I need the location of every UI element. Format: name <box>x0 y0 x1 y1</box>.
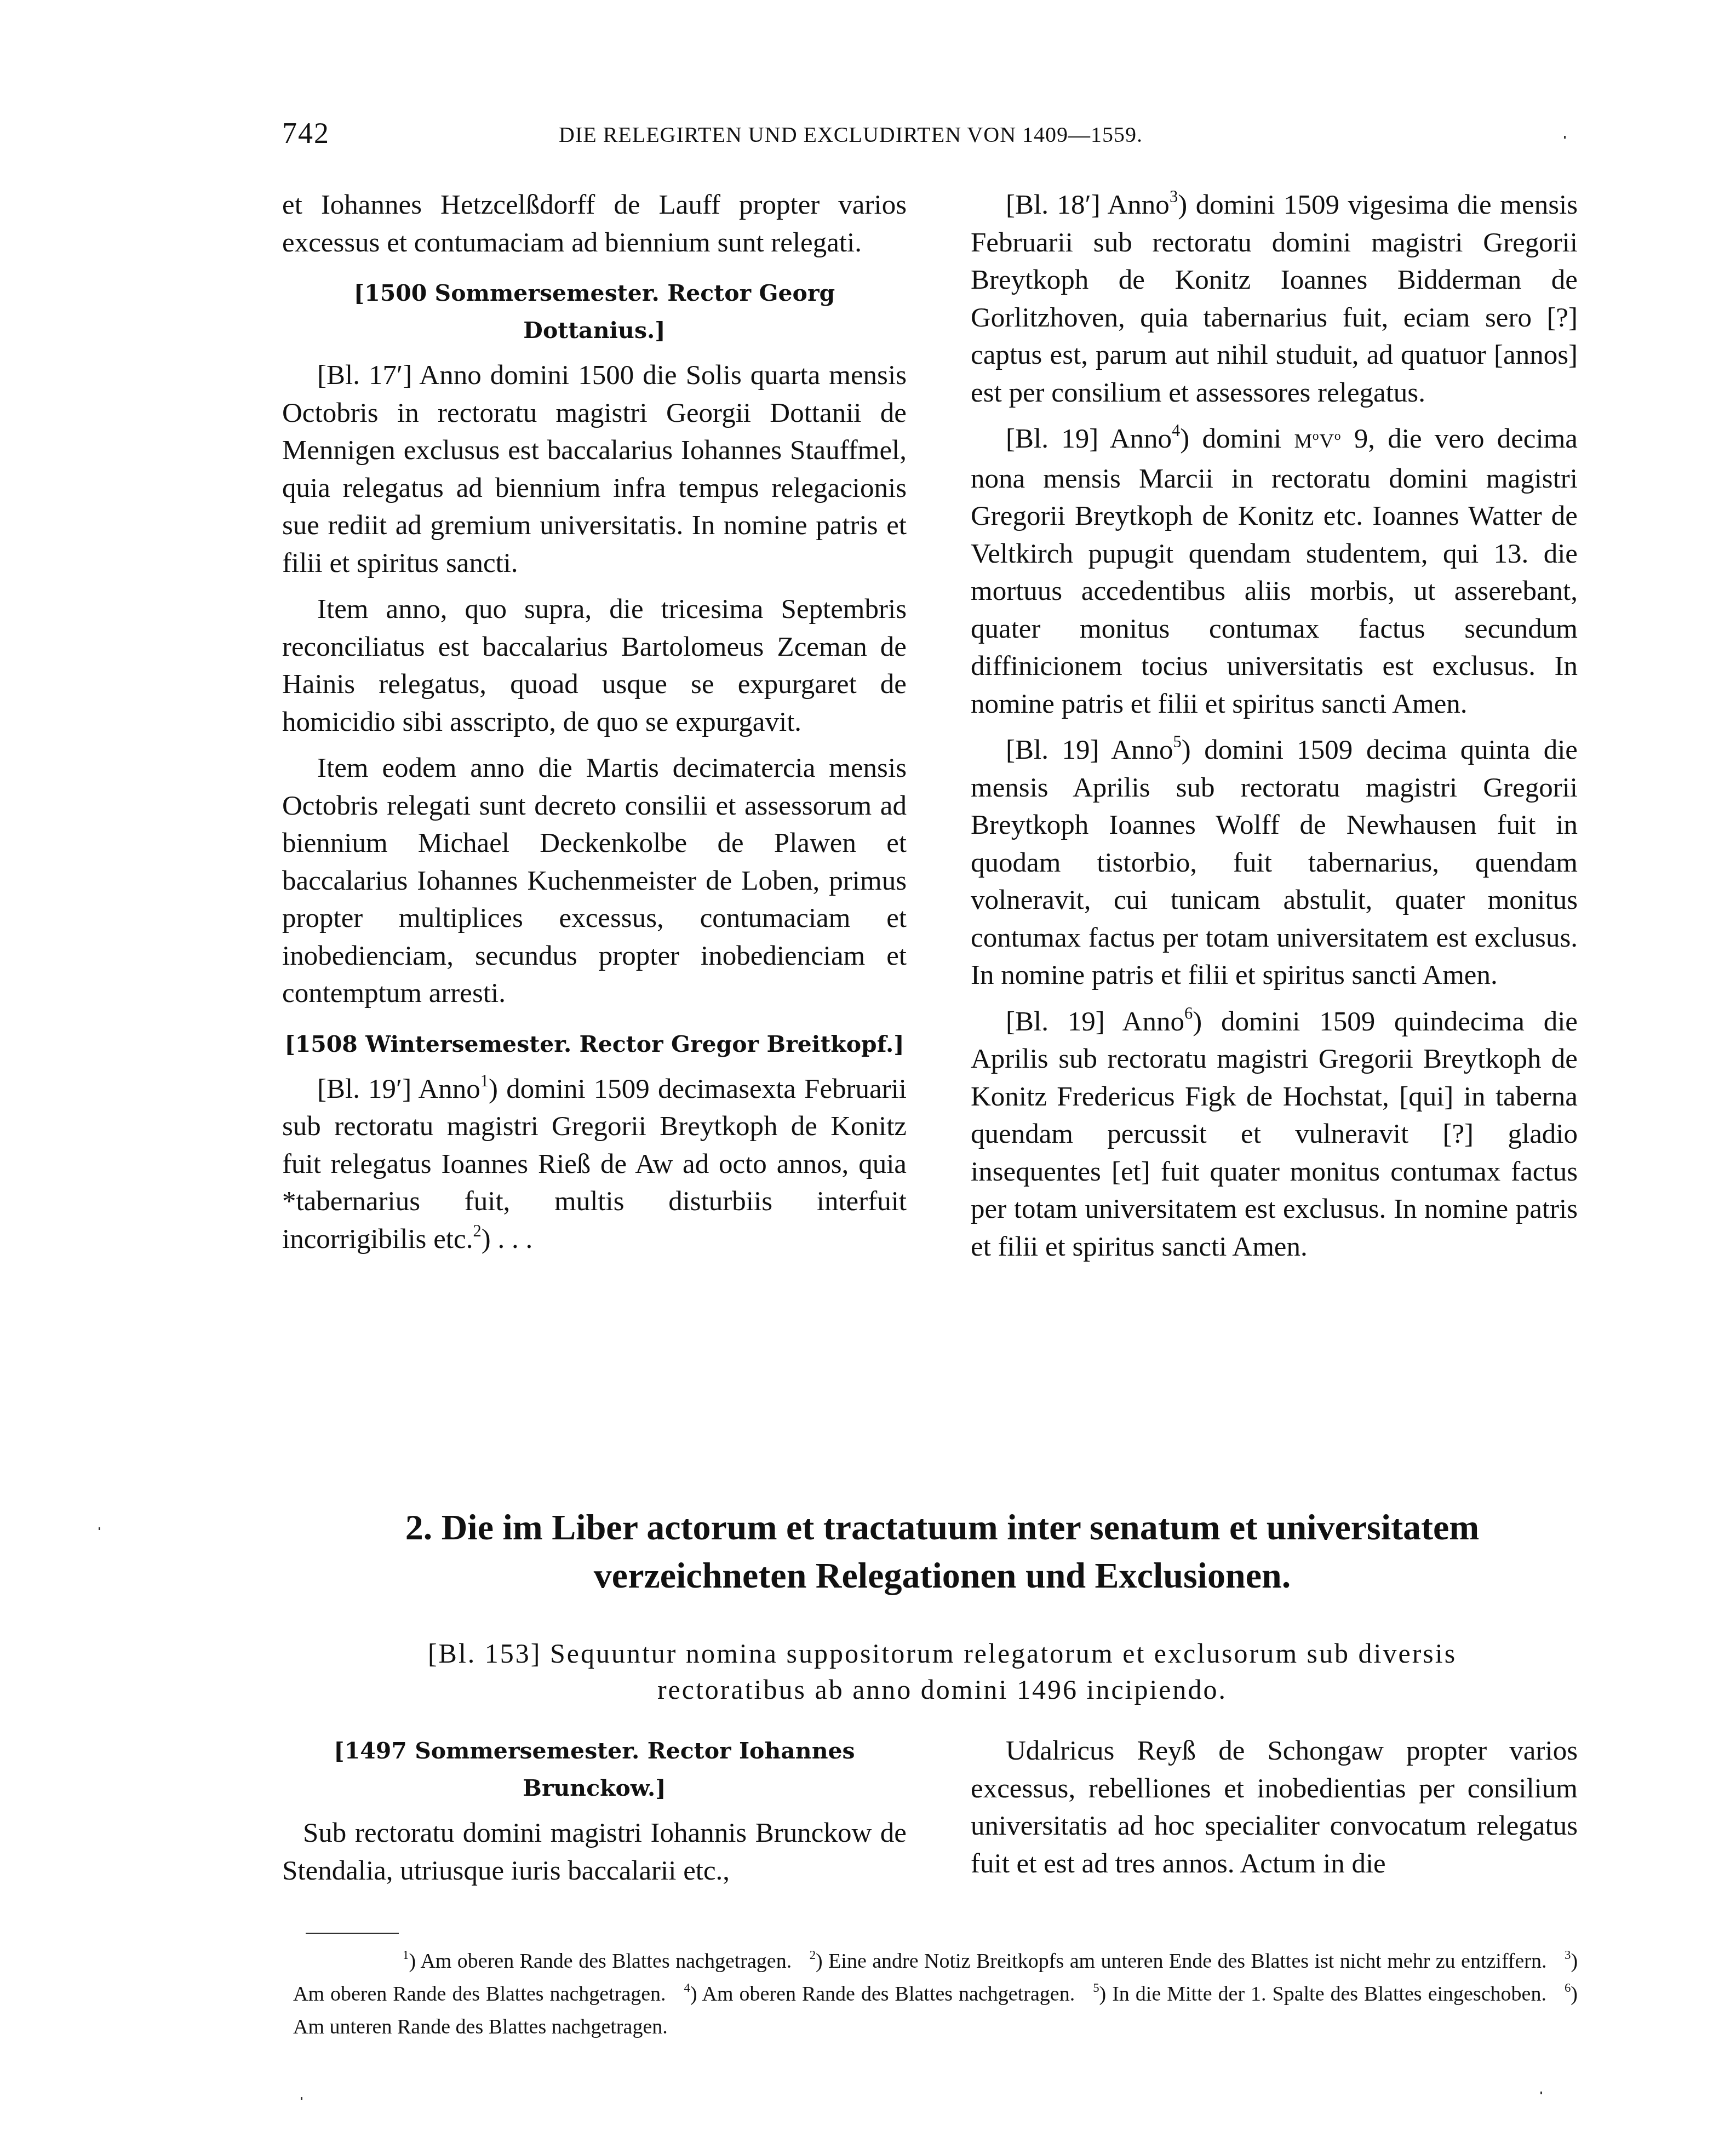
footnote-ref[interactable]: 5 <box>1173 732 1182 751</box>
text: [Bl. 18′] Anno <box>1006 190 1170 220</box>
paragraph: [Bl. 19′] Anno1) domini 1509 decimasexta… <box>282 1070 907 1258</box>
footnote-ref[interactable]: 4 <box>1172 421 1180 440</box>
footnote-4: 4) Am oberen Rande des Blattes nachgetra… <box>684 1983 1075 2006</box>
text: ) . . . <box>482 1224 532 1254</box>
paragraph: [Bl. 17′] Anno domini 1500 die Solis qua… <box>282 357 907 582</box>
footnote-number: 4 <box>684 1981 690 1995</box>
lower-left-column: [1497 Sommersemester. Rector Iohannes Br… <box>282 1732 907 1898</box>
footnote-text: ) Eine andre Notiz Breitkopfs am unteren… <box>816 1950 1546 1973</box>
paragraph: Item eodem anno die Martis decimatercia … <box>282 749 907 1012</box>
section-intro-line: rectoratibus ab anno domini 1496 incipie… <box>307 1671 1578 1708</box>
footnote-number: 1 <box>403 1948 409 1962</box>
semester-heading: [1500 Sommersemester. Rector Georg Dotta… <box>282 274 907 349</box>
paragraph: Item anno, quo supra, die tricesima Sept… <box>282 591 907 741</box>
footnote-ref[interactable]: 2 <box>473 1221 481 1240</box>
footnote-number: 2 <box>810 1948 816 1962</box>
section-intro: [Bl. 153] Sequuntur nomina suppositorum … <box>307 1635 1578 1708</box>
text: 9, die vero decima nona mensis Marcii in… <box>971 423 1578 719</box>
text: [Bl. 19] Anno <box>1006 423 1172 454</box>
footnote-text: ) Am oberen Rande des Blattes nachgetrag… <box>690 1983 1075 2006</box>
paragraph: [Bl. 19] Anno4) domini MºVº 9, die vero … <box>971 420 1578 723</box>
footnote-separator <box>306 1933 399 1934</box>
semester-heading: [1508 Wintersemester. Rector Gregor Brei… <box>282 1026 907 1063</box>
scan-speck <box>1540 2092 1542 2094</box>
footnote-ref[interactable]: 3 <box>1170 187 1178 206</box>
paragraph: Sub rectoratu domini magistri Iohannis B… <box>282 1814 907 1889</box>
page-number: 742 <box>282 116 330 150</box>
paragraph: Udalricus Reyß de Schongaw propter vario… <box>971 1732 1578 1882</box>
footnote-number: 5 <box>1093 1981 1099 1995</box>
section-title: 2. Die im Liber actorum et tractatuum in… <box>307 1504 1578 1600</box>
semester-heading: [1497 Sommersemester. Rector Iohannes Br… <box>282 1732 907 1807</box>
footnote-text: ) In die Mitte der 1. Spalte des Blattes… <box>1099 1983 1546 2006</box>
scan-speck <box>99 1527 100 1530</box>
scan-speck <box>301 2097 302 2100</box>
footnote-5: 5) In die Mitte der 1. Spalte des Blatte… <box>1093 1983 1546 2006</box>
footnote-text: ) Am oberen Rande des Blattes nachgetrag… <box>409 1950 792 1973</box>
footnote-2: 2) Eine andre Notiz Breitkopfs am untere… <box>810 1950 1547 1973</box>
roman-numeral: MºVº <box>1294 429 1341 452</box>
footnotes: 1) Am oberen Rande des Blattes nachgetra… <box>293 1945 1578 2043</box>
footnote-ref[interactable]: 1 <box>480 1071 489 1090</box>
lower-right-column: Udalricus Reyß de Schongaw propter vario… <box>971 1732 1578 1891</box>
text: [Bl. 19′] Anno <box>317 1074 480 1104</box>
right-column: [Bl. 18′] Anno3) domini 1509 vigesima di… <box>971 186 1578 1274</box>
text: ) domini <box>1180 423 1294 454</box>
text: ) domini 1509 vigesima die mensis Februa… <box>971 190 1578 408</box>
text: ) domini 1509 quindecima die Aprilis sub… <box>971 1006 1578 1262</box>
section-title-line: verzeichneten Relegationen und Exclusion… <box>307 1552 1578 1600</box>
paragraph: [Bl. 18′] Anno3) domini 1509 vigesima di… <box>971 186 1578 411</box>
running-head: DIE RELEGIRTEN UND EXCLUDIRTEN VON 1409—… <box>559 122 1143 147</box>
footnote-block: 1) Am oberen Rande des Blattes nachgetra… <box>293 1945 1578 2043</box>
footnote-number: 6 <box>1565 1981 1571 1995</box>
text: [Bl. 19] Anno <box>1006 735 1173 765</box>
section-intro-line: [Bl. 153] Sequuntur nomina suppositorum … <box>307 1635 1578 1671</box>
paragraph: [Bl. 19] Anno6) domini 1509 quindecima d… <box>971 1003 1578 1266</box>
footnote-ref[interactable]: 6 <box>1184 1004 1193 1022</box>
footnote-1: 1) Am oberen Rande des Blattes nachgetra… <box>403 1950 792 1973</box>
paragraph: et Iohannes Hetzcelßdorff de Lauff propt… <box>282 186 907 261</box>
text: [Bl. 19] Anno <box>1006 1006 1184 1037</box>
text: ) domini 1509 decima quinta die mensis A… <box>971 735 1578 990</box>
paragraph: [Bl. 19] Anno5) domini 1509 decima quint… <box>971 731 1578 994</box>
footnote-number: 3 <box>1565 1948 1571 1962</box>
left-column: et Iohannes Hetzcelßdorff de Lauff propt… <box>282 186 907 1267</box>
section-title-line: 2. Die im Liber actorum et tractatuum in… <box>307 1504 1578 1552</box>
scan-speck <box>1564 136 1566 139</box>
